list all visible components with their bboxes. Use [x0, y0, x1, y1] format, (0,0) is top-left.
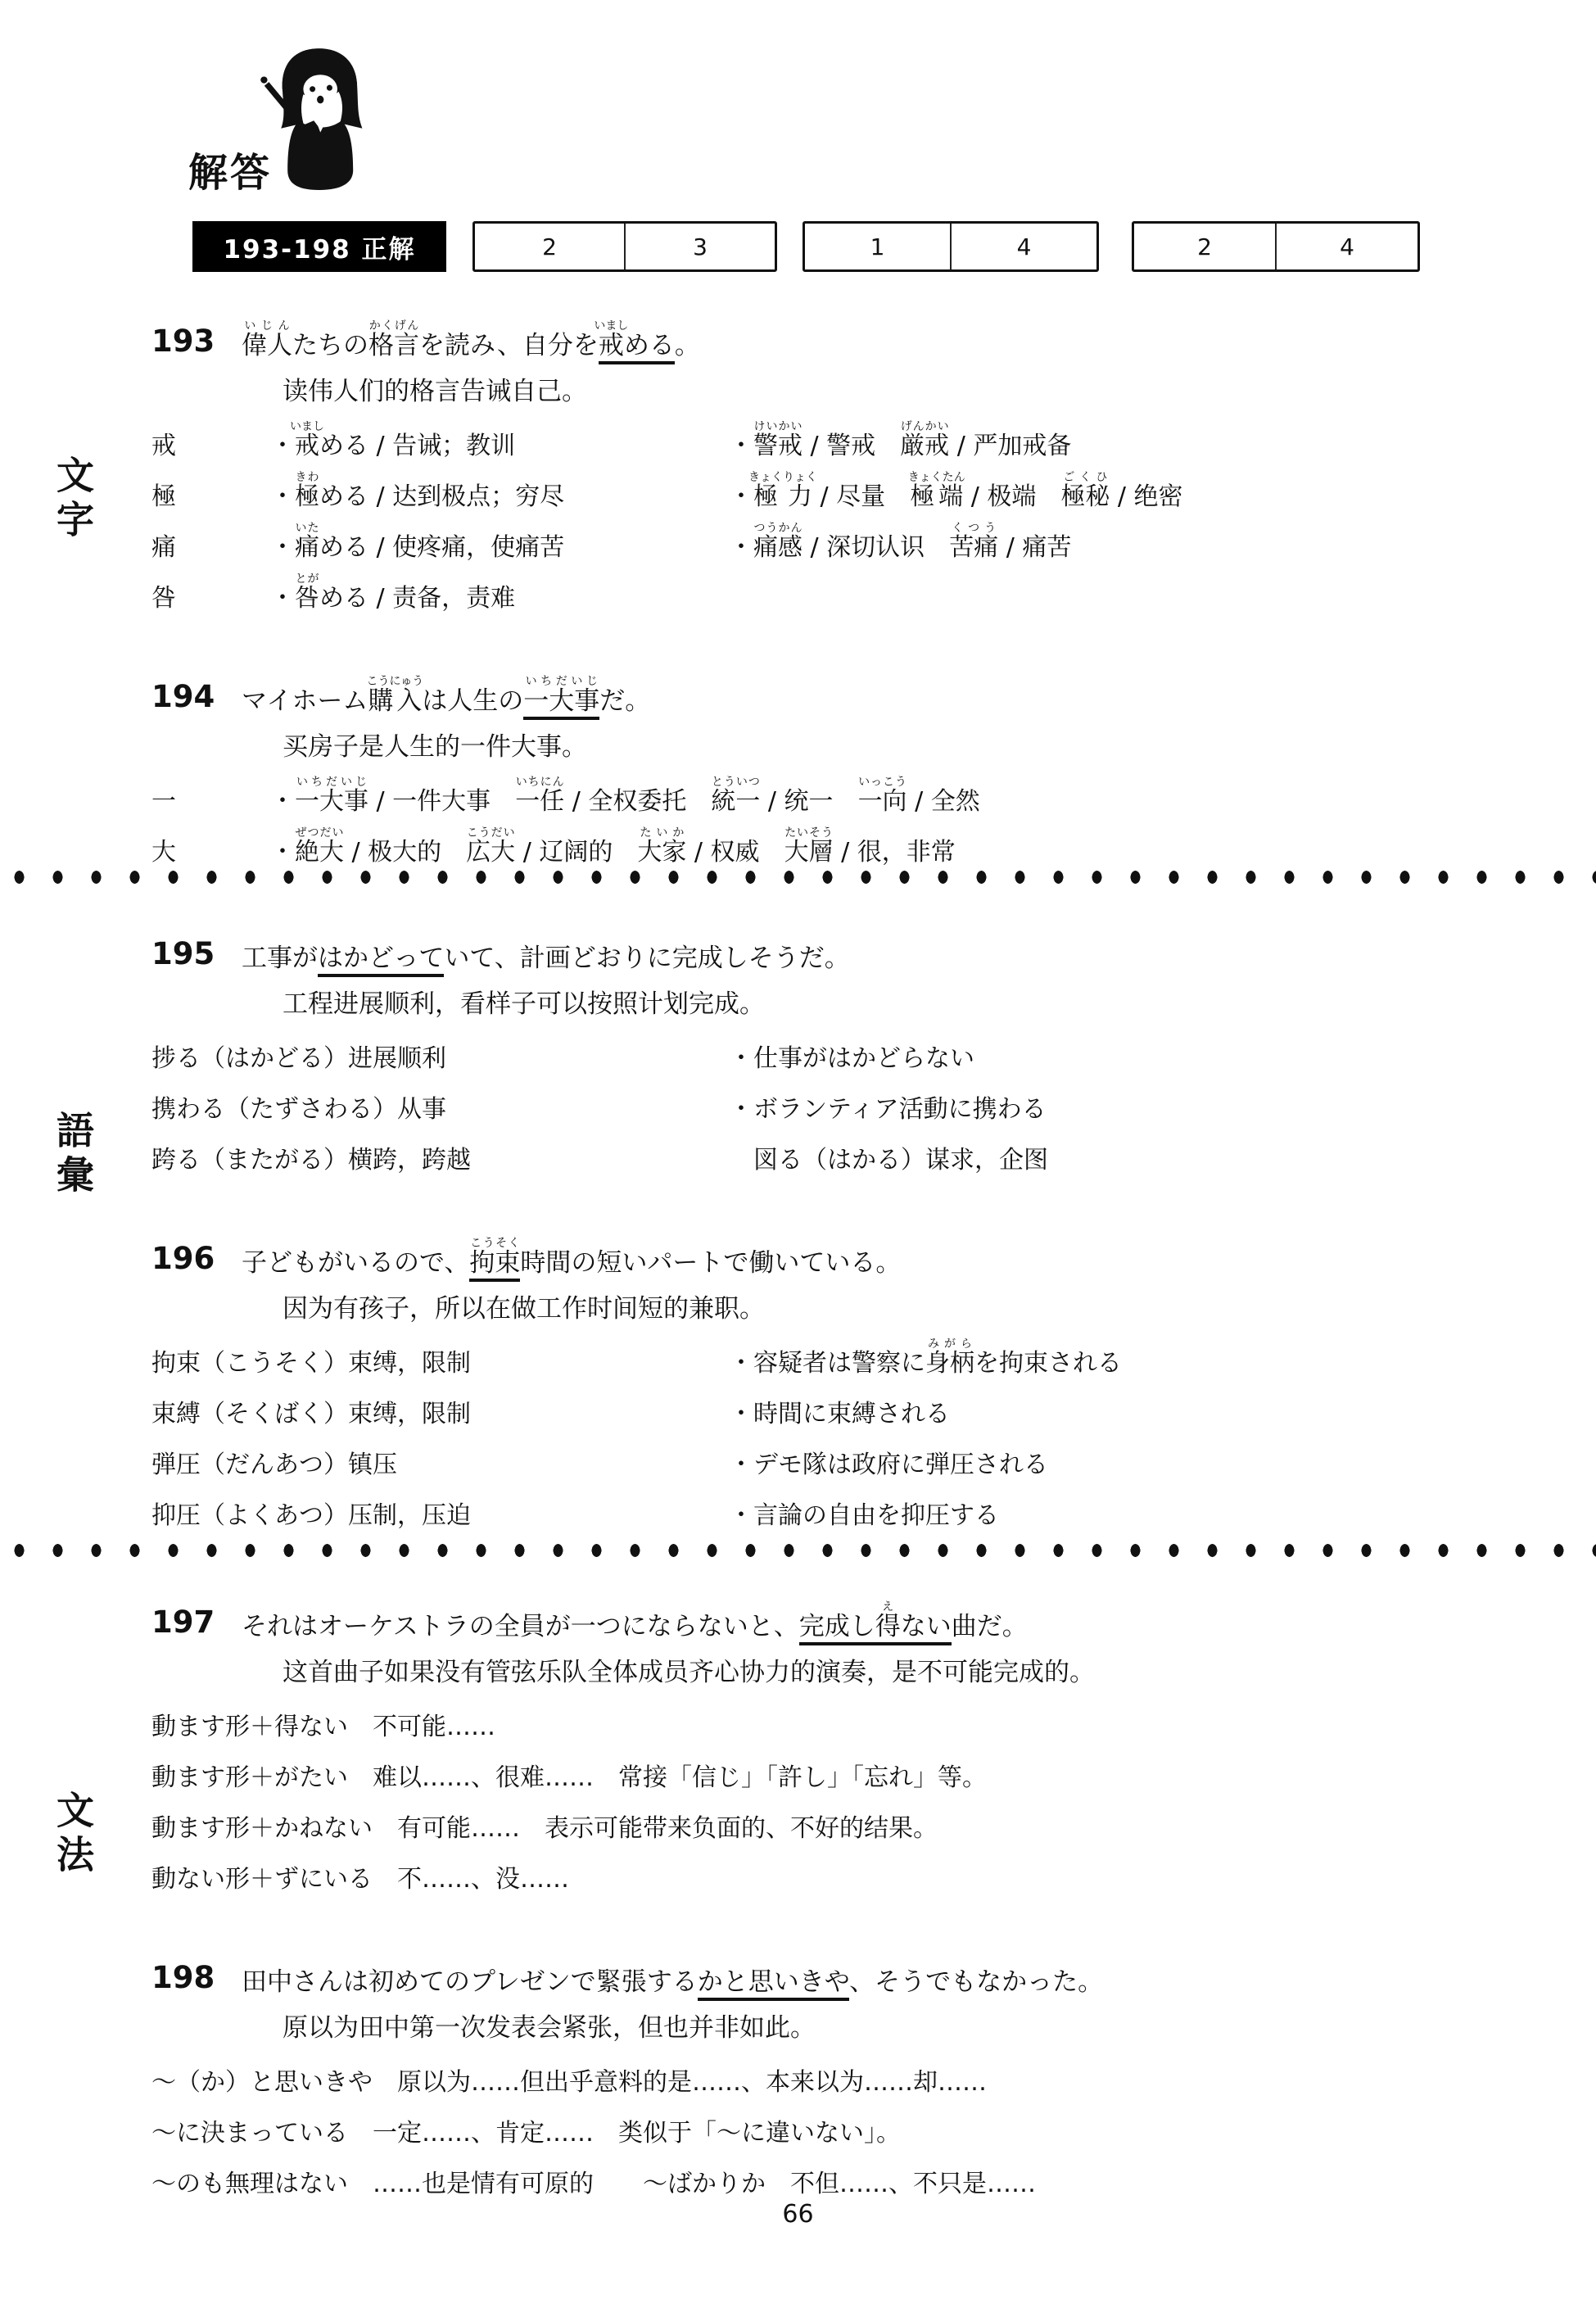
answer-key-page: { "header": { "title": "解答", "illustrati…: [0, 0, 1596, 2322]
question-block-193: 193偉人いじんたちの格言かくげんを読み、自分を戒いましめる。读伟人们的格言告诫…: [151, 293, 1470, 616]
ruby-word: 絶大ぜつだい: [295, 838, 344, 867]
row-left-col: 動ます形＋得ない 不可能……: [151, 1706, 1470, 1745]
question-block-194: 194マイホーム購入こうにゅうは人生の一大事いちだいじだ。买房子是人生的一件大事…: [151, 649, 1470, 870]
explanation-rows: 一・一大事いちだいじ / 一件大事 一任いちにん / 全权委托 統一とういつ /…: [151, 768, 1470, 870]
text-run: / 尽量: [812, 482, 910, 511]
row-right-col: ・痛感つうかん / 深切认识 苦痛くつう / 痛苦: [729, 522, 1470, 565]
text-run: ・容疑者は警察に: [729, 1349, 925, 1378]
text-run: 統一: [711, 787, 760, 816]
ruby-word: 偉人いじん: [242, 331, 292, 360]
row-left-col: 跨る（またがる）横跨，跨越: [151, 1139, 729, 1178]
text-run: 束縛（そくばく）束缚，限制: [151, 1400, 471, 1428]
answer-cell: 4: [1275, 224, 1417, 269]
row-left-col: ・痛いためる / 使疼痛，使痛苦: [270, 522, 729, 565]
ruby-word: 一向いっこう: [858, 787, 907, 816]
furigana: げんかい: [900, 420, 949, 433]
section-label-moji: 文字: [46, 455, 100, 544]
explanation-row: 戒・戒いましめる / 告诫；教训・警戒けいかい / 警戒 厳戒げんかい / 严加…: [151, 413, 1470, 464]
ruby-word: 一大事いちだいじ: [523, 686, 599, 720]
explanation-rows: 拘束（こうそく）束缚，限制・容疑者は警察に身柄みがらを拘束される束縛（そくばく）…: [151, 1330, 1470, 1533]
furigana: いちだいじ: [523, 675, 599, 688]
ruby-word: 大家たいか: [637, 838, 686, 867]
question-block-196: 196子どもがいるので、拘束こうそく時間の短いパートで働いている。因为有孩子，所…: [151, 1211, 1470, 1533]
ruby-word: 大層たいそう: [784, 838, 834, 867]
text-run: める / 达到极点；穷尽: [319, 482, 564, 511]
text-run: ・: [270, 787, 295, 816]
text-run: める: [624, 331, 675, 364]
text-run: いて、計画どおりに完成しそうだ。: [444, 944, 849, 973]
ruby-word: 咎とが: [295, 584, 319, 613]
row-left-col: 動ます形＋かねない 有可能…… 表示可能带来负面的、不好的结果。: [151, 1808, 1470, 1846]
ruby-word: 得え: [875, 1612, 901, 1645]
question-translation: 买房子是人生的一件大事。: [283, 721, 1470, 767]
question-translation: 工程进展顺利，看样子可以按照计划完成。: [283, 978, 1470, 1024]
row-left-col: ～に決まっている 一定……、肯定…… 类似于「～に違いない」。: [151, 2112, 1470, 2151]
explanation-row: 弾圧（だんあつ）镇压・デモ隊は政府に弾圧される: [151, 1432, 1470, 1482]
kanji-head: 戒: [151, 425, 270, 464]
dotted-separator: [0, 1543, 1596, 1558]
ruby-word: 極秘ごくひ: [1060, 482, 1110, 511]
question-sentence: 子どもがいるので、拘束こうそく時間の短いパートで働いている。: [242, 1237, 901, 1283]
row-left-col: ～のも無理はない ……也是情有可原的 ～ばかりか 不但……、不只是……: [151, 2163, 1470, 2202]
furigana: いちだいじ: [295, 776, 368, 789]
text-run: 格言: [368, 331, 419, 360]
explanation-row: 痛・痛いためる / 使疼痛，使痛苦・痛感つうかん / 深切认识 苦痛くつう / …: [151, 514, 1470, 565]
explanation-row: 動ます形＋得ない 不可能……: [151, 1694, 1470, 1745]
text-run: / 警戒: [803, 432, 900, 460]
question-number: 195: [151, 936, 242, 978]
explanation-row: 動ます形＋がたい 难以……、很难…… 常接「信じ」「許し」「忘れ」等。: [151, 1745, 1470, 1795]
question-sentence: それはオーケストラの全員が一つにならないと、完成し得えない曲だ。: [242, 1600, 1028, 1646]
text-run: ・: [270, 482, 295, 511]
row-left-col: ～（か）と思いきや 原以为……但出乎意料的是……、本来以为……却……: [151, 2062, 1470, 2100]
answer-cell: 4: [950, 224, 1096, 269]
explanation-row: ～のも無理はない ……也是情有可原的 ～ばかりか 不但……、不只是……: [151, 2151, 1470, 2202]
section-moji: 193偉人いじんたちの格言かくげんを読み、自分を戒いましめる。读伟人们的格言告诫…: [151, 293, 1470, 870]
question-sentence-line: 193偉人いじんたちの格言かくげんを読み、自分を戒いましめる。: [151, 293, 1470, 365]
question-sentence-line: 196子どもがいるので、拘束こうそく時間の短いパートで働いている。: [151, 1211, 1470, 1283]
row-right-col: 図る（はかる）谋求，企图: [729, 1139, 1470, 1178]
text-run: 得: [875, 1612, 901, 1641]
row-left-col: ・戒いましめる / 告诫；教训: [270, 420, 729, 464]
answer-cell: 1: [805, 224, 950, 269]
text-run: 、そうでもなかった。: [849, 1967, 1103, 1997]
furigana: ぜつだい: [295, 826, 344, 840]
section-label-goi: 語彙: [46, 1111, 100, 1199]
question-number: 196: [151, 1241, 242, 1283]
text-run: 弾圧（だんあつ）镇压: [151, 1451, 397, 1479]
text-run: 一向: [858, 787, 907, 816]
text-run: 曲だ。: [952, 1612, 1028, 1641]
text-run: それはオーケストラの全員が一つにならないと、: [242, 1612, 799, 1641]
text-run: 拘束（こうそく）束缚，限制: [151, 1349, 471, 1378]
text-run: 田中さんは初めてのプレゼンで緊張する: [242, 1967, 698, 1997]
kanji-head: 極: [151, 476, 270, 514]
question-number: 193: [151, 324, 242, 365]
text-run: 咎: [295, 584, 319, 613]
text-run: 痛感: [753, 533, 803, 562]
row-right-col: ・仕事がはかどらない: [729, 1038, 1470, 1076]
explanation-row: 抑圧（よくあつ）压制，压迫・言論の自由を抑圧する: [151, 1482, 1470, 1533]
furigana: いじん: [242, 319, 292, 333]
text-run: / 统一: [760, 787, 857, 816]
furigana: とういつ: [711, 776, 760, 789]
row-left-col: 動ます形＋がたい 难以……、很难…… 常接「信じ」「許し」「忘れ」等。: [151, 1757, 1470, 1795]
row-right-col: ・警戒けいかい / 警戒 厳戒げんかい / 严加戒备: [729, 420, 1470, 464]
row-right-col: ・極力きょくりょく / 尽量 極端きょくたん / 极端 極秘ごくひ / 绝密: [729, 471, 1470, 514]
text-run: 動ます形＋得ない 不可能……: [151, 1713, 495, 1741]
text-run: ・仕事がはかどらない: [729, 1044, 974, 1073]
text-run: 動ます形＋かねない 有可能…… 表示可能带来负面的、不好的结果。: [151, 1814, 938, 1843]
text-run: 購入: [366, 686, 423, 716]
text-run: / 权威: [686, 838, 784, 867]
furigana: とが: [295, 573, 319, 586]
text-run: / 绝密: [1110, 482, 1182, 511]
question-translation: 这首曲子如果没有管弦乐队全体成员齐心协力的演奏，是不可能完成的。: [283, 1646, 1470, 1692]
text-run: ～のも無理はない ……也是情有可原的 ～ばかりか 不但……、不只是……: [151, 2170, 1036, 2198]
answer-cell: 3: [624, 224, 775, 269]
ruby-word: 統一とういつ: [711, 787, 760, 816]
text-run: 苦痛: [949, 533, 998, 562]
text-run: ・: [729, 432, 753, 460]
text-run: 大層: [784, 838, 834, 867]
text-run: 広大: [466, 838, 515, 867]
furigana: けいかい: [753, 420, 803, 433]
text-run: ・ボランティア活動に携わる: [729, 1095, 1047, 1124]
text-run: 拘束: [469, 1248, 520, 1278]
answer-cell: 2: [475, 224, 624, 269]
ruby-word: 極力きょくりょく: [753, 482, 812, 511]
ruby-word: 苦痛くつう: [949, 533, 998, 562]
row-left-col: 携わる（たずさわる）从事: [151, 1089, 729, 1127]
ruby-word: 身柄みがら: [925, 1349, 974, 1378]
question-block-198: 198田中さんは初めてのプレゼンで緊張するかと思いきや、そうでもなかった。原以为…: [151, 1930, 1470, 2202]
question-sentence-line: 197それはオーケストラの全員が一つにならないと、完成し得えない曲だ。: [151, 1574, 1470, 1646]
ruby-word: 戒いまし: [295, 432, 319, 460]
explanation-row: 捗る（はかどる）进展顺利・仕事がはかどらない: [151, 1025, 1470, 1076]
furigana: こうそく: [469, 1237, 520, 1250]
question-sentence: 田中さんは初めてのプレゼンで緊張するかと思いきや、そうでもなかった。: [242, 1961, 1103, 2002]
question-block-197: 197それはオーケストラの全員が一つにならないと、完成し得えない曲だ。这首曲子如…: [151, 1574, 1470, 1897]
ruby-word: 痛いた: [295, 533, 319, 562]
explanation-row: ～に決まっている 一定……、肯定…… 类似于「～に違いない」。: [151, 2100, 1470, 2151]
explanation-row: 大・絶大ぜつだい / 极大的 広大こうだい / 辽阔的 大家たいか / 权威 大…: [151, 819, 1470, 870]
explanation-row: 動ない形＋ずにいる 不……、没……: [151, 1846, 1470, 1897]
row-left-col: 弾圧（だんあつ）镇压: [151, 1444, 729, 1482]
text-run: 一大事: [523, 686, 599, 716]
text-run: める / 责备，责难: [319, 584, 515, 613]
text-run: ・デモ隊は政府に弾圧される: [729, 1451, 1048, 1479]
ruby-word: 一任いちにん: [515, 787, 564, 816]
text-run: / 全权委托: [564, 787, 711, 816]
row-left-col: 捗る（はかどる）进展顺利: [151, 1038, 729, 1076]
row-left-col: 束縛（そくばく）束缚，限制: [151, 1393, 729, 1432]
explanation-row: ～（か）と思いきや 原以为……但出乎意料的是……、本来以为……却……: [151, 2049, 1470, 2100]
text-run: 。: [675, 331, 700, 360]
explanation-row: 携わる（たずさわる）从事・ボランティア活動に携わる: [151, 1076, 1470, 1127]
text-run: ・時間に束縛される: [729, 1400, 950, 1428]
text-run: たちの: [292, 331, 368, 360]
text-run: 極: [295, 482, 319, 511]
furigana: つうかん: [753, 522, 803, 535]
page-number: 66: [0, 2200, 1596, 2229]
answer-group: 2 4: [1132, 221, 1420, 272]
text-run: 工事が: [242, 944, 318, 973]
answer-range-label: 193-198 正解: [192, 221, 446, 272]
ruby-word: 購入こうにゅう: [368, 686, 422, 716]
text-run: / 一件大事: [368, 787, 515, 816]
text-run: ・言論の自由を抑圧する: [729, 1501, 999, 1530]
ruby-word: 戒いまし: [599, 331, 624, 364]
section-label-bunpo: 文法: [46, 1790, 100, 1879]
text-run: 子どもがいるので、: [242, 1248, 469, 1278]
ruby-word: 一大事いちだいじ: [295, 787, 368, 816]
text-run: ・: [270, 533, 295, 562]
text-run: だ。: [599, 686, 650, 716]
text-run: ～（か）と思いきや 原以为……但出乎意料的是……、本来以为……却……: [151, 2068, 987, 2097]
text-run: 動ます形＋がたい 难以……、很难…… 常接「信じ」「許し」「忘れ」等。: [151, 1763, 987, 1792]
explanation-row: 跨る（またがる）横跨，跨越 図る（はかる）谋求，企图: [151, 1127, 1470, 1178]
text-run: / 极大的: [344, 838, 466, 867]
explanation-row: 束縛（そくばく）束缚，限制・時間に束縛される: [151, 1381, 1470, 1432]
text-run: / 很，非常: [834, 838, 956, 867]
answer-group: 2 3: [472, 221, 777, 272]
furigana: たいか: [637, 826, 686, 840]
text-run: / 全然: [907, 787, 980, 816]
question-sentence: 偉人いじんたちの格言かくげんを読み、自分を戒いましめる。: [242, 319, 700, 365]
text-run: / 辽阔的: [515, 838, 637, 867]
text-run: マイホーム: [242, 686, 368, 716]
furigana: ごくひ: [1060, 471, 1110, 484]
furigana: くつう: [949, 522, 998, 535]
section-bunpo: 197それはオーケストラの全員が一つにならないと、完成し得えない曲だ。这首曲子如…: [151, 1574, 1470, 2202]
row-left-col: ・絶大ぜつだい / 极大的 広大こうだい / 辽阔的 大家たいか / 权威 大層…: [270, 826, 1470, 870]
explanation-row: 動ます形＋かねない 有可能…… 表示可能带来负面的、不好的结果。: [151, 1795, 1470, 1846]
question-sentence: マイホーム購入こうにゅうは人生の一大事いちだいじだ。: [242, 675, 650, 721]
row-left-col: ・一大事いちだいじ / 一件大事 一任いちにん / 全权委托 統一とういつ / …: [270, 776, 1470, 819]
question-sentence-line: 195工事がはかどっていて、計画どおりに完成しそうだ。: [151, 906, 1470, 978]
text-run: める / 使疼痛，使痛苦: [319, 533, 564, 562]
explanation-rows: 捗る（はかどる）进展顺利・仕事がはかどらない携わる（たずさわる）从事・ボランティ…: [151, 1025, 1470, 1178]
text-run: / 深切认识: [803, 533, 949, 562]
text-run: / 极端: [963, 482, 1060, 511]
text-run: 警戒: [753, 432, 803, 460]
text-run: ～に決まっている 一定……、肯定…… 类似于「～に違いない」。: [151, 2119, 901, 2148]
text-run: ・: [270, 584, 295, 613]
row-right-col: ・時間に束縛される: [729, 1393, 1470, 1432]
ruby-word: 痛感つうかん: [753, 533, 803, 562]
kanji-head: 痛: [151, 527, 270, 565]
question-number: 197: [151, 1605, 242, 1646]
ruby-word: 格言かくげん: [368, 331, 419, 360]
row-left-col: ・咎とがめる / 责备，责难: [270, 573, 1470, 616]
text-run: かと思いきや: [698, 1967, 849, 2001]
furigana: かくげん: [368, 319, 419, 333]
ruby-word: 厳戒げんかい: [900, 432, 949, 460]
row-left-col: 動ない形＋ずにいる 不……、没……: [151, 1858, 1470, 1897]
text-run: を読み、自分を: [419, 331, 599, 360]
row-left-col: 抑圧（よくあつ）压制，压迫: [151, 1495, 729, 1533]
explanation-row: 拘束（こうそく）束缚，限制・容疑者は警察に身柄みがらを拘束される: [151, 1330, 1470, 1381]
question-sentence-line: 194マイホーム購入こうにゅうは人生の一大事いちだいじだ。: [151, 649, 1470, 721]
text-run: 極端: [908, 482, 965, 511]
explanation-rows: ～（か）と思いきや 原以为……但出乎意料的是……、本来以为……却……～に決まって…: [151, 2049, 1470, 2202]
text-run: ・: [270, 838, 295, 867]
furigana: たいそう: [784, 826, 834, 840]
row-right-col: ・ボランティア活動に携わる: [729, 1089, 1470, 1127]
furigana: いた: [295, 522, 319, 535]
kanji-head: 一: [151, 781, 270, 819]
furigana: こうにゅう: [366, 675, 423, 688]
furigana: みがら: [925, 1338, 974, 1351]
text-run: 図る（はかる）谋求，企图: [729, 1146, 1048, 1175]
text-run: 厳戒: [900, 432, 949, 460]
explanation-row: 一・一大事いちだいじ / 一件大事 一任いちにん / 全权委托 統一とういつ /…: [151, 768, 1470, 819]
furigana: きわ: [295, 471, 319, 484]
furigana: きょくりょく: [748, 471, 817, 484]
text-run: 抑圧（よくあつ）压制，压迫: [151, 1501, 471, 1530]
question-sentence-line: 198田中さんは初めてのプレゼンで緊張するかと思いきや、そうでもなかった。: [151, 1930, 1470, 2002]
section-goi: 195工事がはかどっていて、計画どおりに完成しそうだ。工程进展顺利，看样子可以按…: [151, 906, 1470, 1533]
row-left-col: ・極きわめる / 达到极点；穷尽: [270, 471, 729, 514]
text-run: は人生の: [422, 686, 523, 716]
answer-group: 1 4: [803, 221, 1099, 272]
answer-bar: 193-198 正解 2 3 1 4 2 4: [0, 221, 1596, 274]
kanji-head: 大: [151, 831, 270, 870]
furigana: いまし: [290, 420, 324, 433]
furigana: え: [875, 1600, 901, 1614]
question-translation: 原以为田中第一次发表会紧张，但也并非如此。: [283, 2002, 1470, 2048]
text-run: 絶大: [295, 838, 344, 867]
text-run: 大家: [637, 838, 686, 867]
explanation-row: 極・極きわめる / 达到极点；穷尽・極力きょくりょく / 尽量 極端きょくたん …: [151, 464, 1470, 514]
explanation-rows: 動ます形＋得ない 不可能……動ます形＋がたい 难以……、很难…… 常接「信じ」「…: [151, 1694, 1470, 1897]
text-run: 時間の短いパートで働いている。: [520, 1248, 901, 1278]
kanji-head: 咎: [151, 577, 270, 616]
text-run: はかどって: [318, 944, 444, 977]
row-left-col: 拘束（こうそく）束缚，限制: [151, 1342, 729, 1381]
text-run: 跨る（またがる）横跨，跨越: [151, 1146, 471, 1175]
row-right-col: ・言論の自由を抑圧する: [729, 1495, 1470, 1533]
text-run: 偉人: [242, 331, 292, 360]
answer-cell: 2: [1134, 224, 1275, 269]
explanation-rows: 戒・戒いましめる / 告诫；教训・警戒けいかい / 警戒 厳戒げんかい / 严加…: [151, 413, 1470, 616]
text-run: 動ない形＋ずにいる 不……、没……: [151, 1865, 569, 1894]
explanation-row: 咎・咎とがめる / 责备，责难: [151, 565, 1470, 616]
text-run: / 严加戒备: [949, 432, 1071, 460]
ruby-word: 広大こうだい: [466, 838, 515, 867]
text-run: める / 告诫；教训: [319, 432, 515, 460]
text-run: 一大事: [295, 787, 368, 816]
row-right-col: ・容疑者は警察に身柄みがらを拘束される: [729, 1338, 1470, 1381]
furigana: いまし: [594, 319, 628, 333]
ruby-word: 極きわ: [295, 482, 319, 511]
text-run: を拘束される: [974, 1349, 1122, 1378]
furigana: いっこう: [858, 776, 907, 789]
ruby-word: 警戒けいかい: [753, 432, 803, 460]
teacher-girl-pointer-icon: [252, 43, 383, 206]
question-block-195: 195工事がはかどっていて、計画どおりに完成しそうだ。工程进展顺利，看样子可以按…: [151, 906, 1470, 1178]
text-run: 捗る（はかどる）进展顺利: [151, 1044, 446, 1073]
dotted-separator: [0, 870, 1596, 885]
text-run: 極秘: [1060, 482, 1110, 511]
text-run: 携わる（たずさわる）从事: [151, 1095, 446, 1124]
text-run: 一任: [515, 787, 564, 816]
row-right-col: ・デモ隊は政府に弾圧される: [729, 1444, 1470, 1482]
text-run: / 痛苦: [998, 533, 1071, 562]
text-run: 極力: [748, 482, 817, 511]
ruby-word: 極端きょくたん: [910, 482, 963, 511]
text-run: 痛: [295, 533, 319, 562]
question-translation: 读伟人们的格言告诫自己。: [283, 365, 1470, 411]
question-number: 198: [151, 1960, 242, 2002]
question-number: 194: [151, 679, 242, 721]
furigana: いちにん: [515, 776, 564, 789]
ruby-word: 拘束こうそく: [469, 1248, 520, 1282]
text-run: 完成し: [799, 1612, 875, 1645]
text-run: 身柄: [925, 1349, 974, 1378]
text-run: ・: [729, 533, 753, 562]
text-run: ない: [901, 1612, 952, 1645]
furigana: きょくたん: [908, 471, 965, 484]
furigana: こうだい: [466, 826, 515, 840]
question-sentence: 工事がはかどっていて、計画どおりに完成しそうだ。: [242, 937, 850, 978]
question-translation: 因为有孩子，所以在做工作时间短的兼职。: [283, 1283, 1470, 1328]
